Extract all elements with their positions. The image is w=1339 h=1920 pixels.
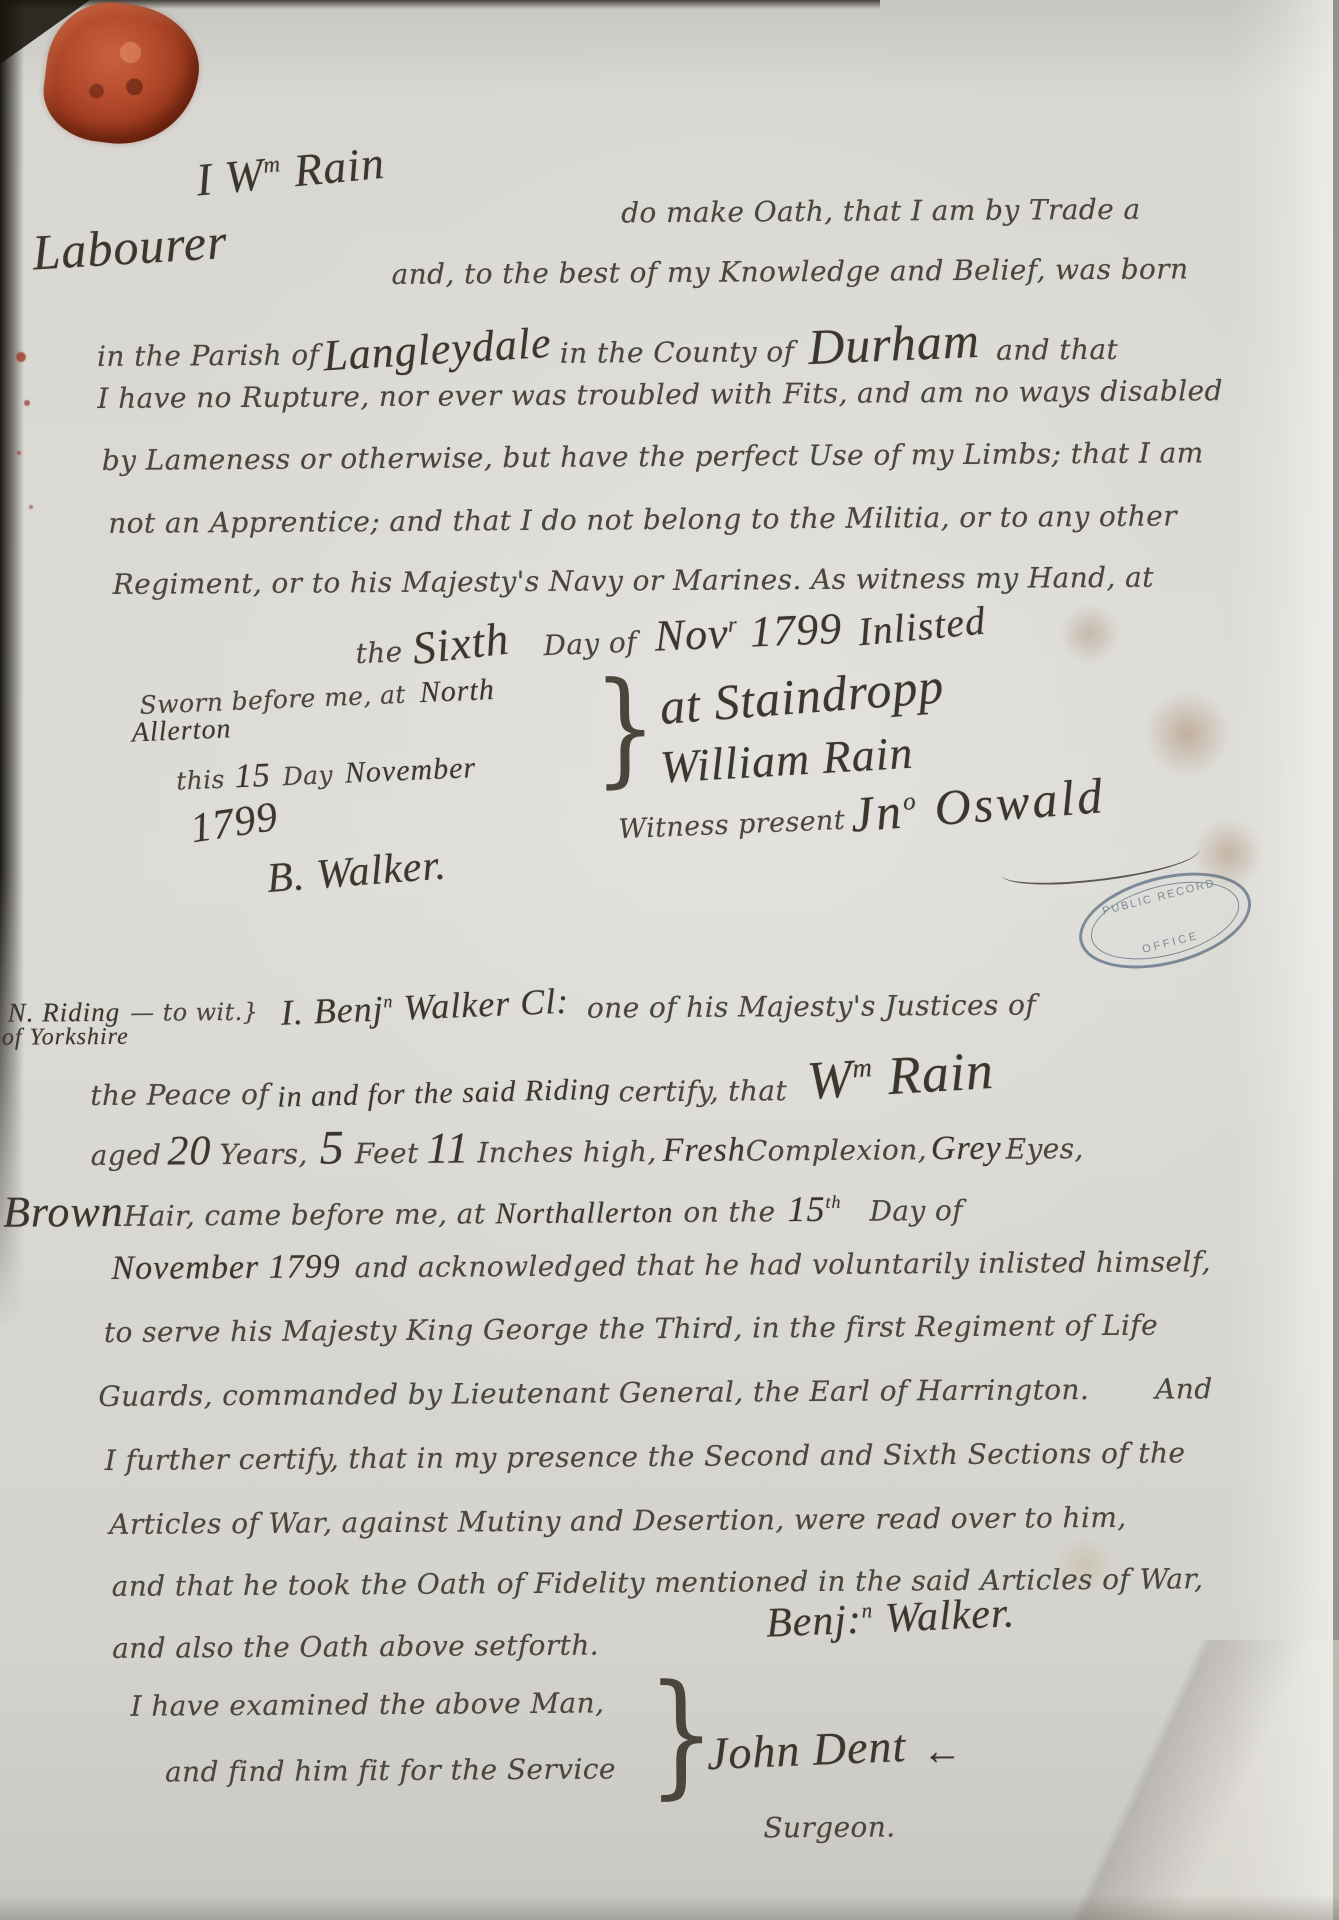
- parish-label: in the Parish of: [97, 338, 319, 373]
- inches-entry: 11: [426, 1123, 469, 1172]
- surgeon-signature-line: John Dent←: [707, 1722, 964, 1777]
- cert-line-10: and that he took the Oath of Fidelity me…: [112, 1562, 1204, 1603]
- sworn-day-number: 15: [234, 757, 272, 795]
- cert-day-of-label: Day of: [869, 1194, 963, 1228]
- of-county-entry: of Yorkshire: [2, 1024, 129, 1052]
- cert-date-line: November 1799and acknowledged that he ha…: [111, 1242, 1211, 1288]
- cert-hair-line: BrownHair, came before me, atNorthallert…: [3, 1180, 963, 1238]
- aged-label: aged: [91, 1139, 162, 1172]
- oath-line-3-end: and that: [996, 333, 1118, 367]
- feet-entry: 5: [320, 1121, 345, 1174]
- on-the-label: on the: [683, 1195, 775, 1229]
- sworn-place-1: North: [419, 673, 495, 709]
- brace-glyph: }: [593, 656, 657, 800]
- oath-line-6: not an Apprentice; and that I do not bel…: [108, 499, 1177, 539]
- enlistment-place: at Staindropp: [658, 656, 946, 736]
- oath-line-7: Regiment, or to his Majesty's Navy or Ma…: [113, 561, 1154, 601]
- cert-line-7b: And: [1155, 1372, 1213, 1405]
- day-entry: Sixth: [410, 612, 512, 675]
- cert-line-8: I further certify, that in my presence t…: [105, 1436, 1186, 1477]
- cert-recruit-name: Wm Rain: [805, 1039, 995, 1112]
- hair-entry: Brown: [3, 1187, 124, 1237]
- oath-line-2: and, to the best of my Knowledge and Bel…: [391, 252, 1188, 291]
- sworn-label: Sworn before me, at: [139, 680, 406, 720]
- cert-month-entry: November 1799: [111, 1248, 341, 1287]
- cert-description-line: aged20Years,5Feet11Inches high,FreshComp…: [90, 1115, 1083, 1177]
- justice-name-entry: I. Benjn Walker Cl:: [280, 980, 570, 1034]
- name-pre: I W: [194, 148, 267, 205]
- feet-label: Feet: [355, 1137, 419, 1170]
- cert-place-entry: Northallerton: [495, 1196, 673, 1230]
- cert-line-7: Guards, commanded by Lieutenant General,…: [98, 1372, 1212, 1414]
- cert-line-7a: Guards, commanded by Lieutenant General,…: [98, 1373, 1089, 1413]
- sworn-year: 1799: [187, 793, 281, 853]
- date-entry: Novr 1799: [654, 603, 843, 662]
- name-sup: m: [262, 151, 282, 178]
- oath-line-1: do make Oath, that I am by Trade a: [621, 193, 1141, 230]
- cert-line-1-end: one of his Majesty's Justices of: [587, 988, 1036, 1024]
- the-label: the: [355, 635, 403, 670]
- signature-arrow: ←: [922, 1728, 963, 1773]
- oath-line-3: in the Parish ofLangleydalein the County…: [97, 313, 1118, 378]
- county-entry: Durham: [807, 311, 981, 376]
- name-post: Rain: [279, 137, 387, 198]
- complexion-label: Complexion,: [746, 1133, 927, 1167]
- inlisted-entry: Inlisted: [856, 597, 988, 656]
- recruit-name-header: I Wm Rain: [194, 136, 387, 207]
- inches-label: Inches high,: [477, 1135, 657, 1169]
- justice-signature-2: Benj:n Walker.: [765, 1589, 1016, 1647]
- surgeon-signature: John Dent: [706, 1719, 907, 1780]
- riding-hand-entry: in and for the said Riding: [277, 1073, 611, 1115]
- this-label: this: [176, 765, 226, 796]
- surgeon-label: Surgeon.: [763, 1810, 895, 1844]
- peace-label: the Peace of: [90, 1078, 269, 1112]
- cert-line-6: to serve his Majesty King George the Thi…: [104, 1309, 1158, 1349]
- justice-signature-1: B. Walker.: [265, 841, 448, 903]
- cert-line-5: and acknowledged that he had voluntarily…: [355, 1245, 1211, 1284]
- sworn-place-2: Allerton: [131, 713, 232, 749]
- sworn-month: November: [344, 751, 477, 789]
- hair-label: Hair, came before me, at: [124, 1197, 486, 1233]
- oath-line-5: by Lameness or otherwise, but have the p…: [102, 436, 1204, 477]
- parish-entry: Langleydale: [322, 317, 553, 381]
- cert-day-entry: 15th: [787, 1189, 841, 1229]
- cert-line-9: Articles of War, against Mutiny and Dese…: [109, 1501, 1126, 1541]
- witness-label: Witness present: [618, 805, 846, 845]
- oath-line-4: I have no Rupture, nor ever was troubled…: [97, 374, 1223, 415]
- cert-line-1: N. Riding— to wit.}I. Benjn Walker Cl:on…: [8, 981, 1037, 1030]
- trade-entry: Labourer: [31, 212, 229, 281]
- certify-label: certify, that: [618, 1074, 787, 1108]
- county-label: in the County of: [560, 335, 795, 370]
- cert-line-11: and also the Oath above setforth.: [112, 1629, 599, 1665]
- exam-line-1: I have examined the above Man,: [130, 1686, 604, 1722]
- complexion-entry: Fresh: [663, 1131, 746, 1169]
- day-label: Day: [282, 760, 333, 791]
- eyes-entry: Grey: [931, 1130, 1002, 1167]
- document-page: I Wm Rain do make Oath, that I am by Tra…: [0, 0, 1339, 1920]
- years-label: Years,: [219, 1138, 308, 1172]
- cert-line-2: the Peace ofin and for the said Ridingce…: [90, 1050, 994, 1118]
- sworn-line-2: this15DayNovember: [175, 748, 476, 799]
- to-wit-label: — to wit.}: [130, 998, 258, 1027]
- exam-line-2: and find him fit for the Service: [165, 1752, 616, 1788]
- eyes-label: Eyes,: [1006, 1132, 1084, 1166]
- document-content: I Wm Rain do make Oath, that I am by Tra…: [0, 0, 1339, 1920]
- age-entry: 20: [167, 1128, 211, 1174]
